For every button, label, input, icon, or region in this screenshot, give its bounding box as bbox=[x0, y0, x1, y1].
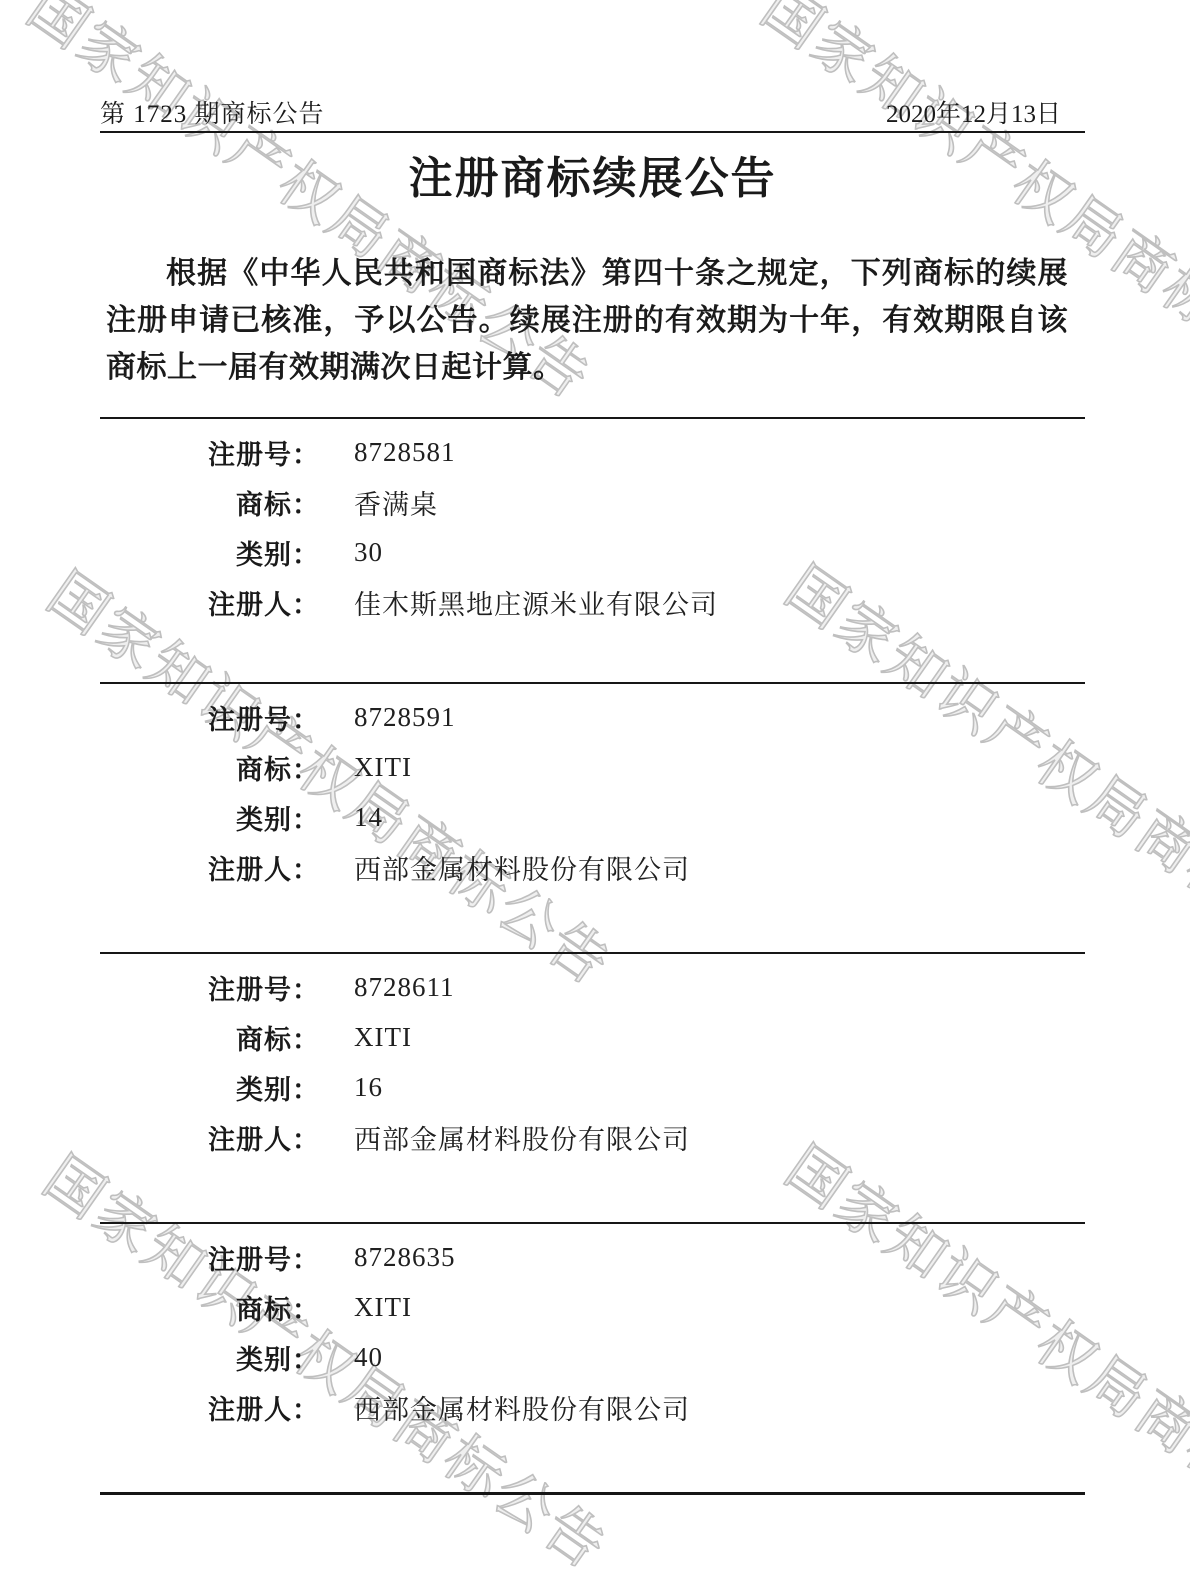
trademark-value: 香满桌 bbox=[320, 483, 438, 522]
record-row-trademark: 商标： XITI bbox=[100, 742, 1085, 792]
registrant-label: 注册人： bbox=[100, 848, 320, 887]
reg-no-value: 8728591 bbox=[320, 702, 456, 733]
trademark-label: 商标： bbox=[100, 748, 320, 787]
record-row-trademark: 商标： 香满桌 bbox=[100, 477, 1085, 527]
trademark-label: 商标： bbox=[100, 483, 320, 522]
header-divider bbox=[100, 131, 1085, 133]
reg-no-label: 注册号： bbox=[100, 1238, 320, 1277]
registrant-value: 西部金属材料股份有限公司 bbox=[320, 848, 690, 887]
trademark-value: XITI bbox=[320, 1292, 412, 1323]
record-row-category: 类别： 16 bbox=[100, 1062, 1085, 1112]
registrant-value: 西部金属材料股份有限公司 bbox=[320, 1388, 690, 1427]
trademark-label: 商标： bbox=[100, 1288, 320, 1327]
record-row-registrant: 注册人： 西部金属材料股份有限公司 bbox=[100, 1382, 1085, 1432]
trademark-record: 注册号： 8728591 商标： XITI 类别： 14 注册人： 西部金属材料… bbox=[100, 682, 1085, 892]
document-content: 第 1723 期商标公告 2020年12月13日 注册商标续展公告 根据《中华人… bbox=[0, 0, 1190, 1596]
record-row-reg-no: 注册号： 8728591 bbox=[100, 692, 1085, 742]
registrant-value: 佳木斯黑地庄源米业有限公司 bbox=[320, 583, 718, 622]
record-row-category: 类别： 14 bbox=[100, 792, 1085, 842]
trademark-value: XITI bbox=[320, 752, 412, 783]
record-row-reg-no: 注册号： 8728635 bbox=[100, 1232, 1085, 1282]
category-value: 40 bbox=[320, 1342, 383, 1373]
category-label: 类别： bbox=[100, 798, 320, 837]
record-row-registrant: 注册人： 西部金属材料股份有限公司 bbox=[100, 842, 1085, 892]
record-row-trademark: 商标： XITI bbox=[100, 1012, 1085, 1062]
gazette-date: 2020年12月13日 bbox=[886, 94, 1085, 130]
category-value: 16 bbox=[320, 1072, 383, 1103]
trademark-record: 注册号： 8728581 商标： 香满桌 类别： 30 注册人： 佳木斯黑地庄源… bbox=[100, 417, 1085, 627]
page-title: 注册商标续展公告 bbox=[100, 142, 1085, 206]
reg-no-value: 8728581 bbox=[320, 437, 456, 468]
reg-no-value: 8728611 bbox=[320, 972, 455, 1003]
trademark-record: 注册号： 8728635 商标： XITI 类别： 40 注册人： 西部金属材料… bbox=[100, 1222, 1085, 1432]
category-label: 类别： bbox=[100, 533, 320, 572]
category-label: 类别： bbox=[100, 1338, 320, 1377]
record-row-category: 类别： 40 bbox=[100, 1332, 1085, 1382]
category-value: 30 bbox=[320, 537, 383, 568]
record-row-registrant: 注册人： 西部金属材料股份有限公司 bbox=[100, 1112, 1085, 1162]
bottom-divider bbox=[100, 1492, 1085, 1495]
reg-no-label: 注册号： bbox=[100, 433, 320, 472]
trademark-label: 商标： bbox=[100, 1018, 320, 1057]
registrant-label: 注册人： bbox=[100, 583, 320, 622]
category-label: 类别： bbox=[100, 1068, 320, 1107]
intro-paragraph: 根据《中华人民共和国商标法》第四十条之规定，下列商标的续展注册申请已核准，予以公… bbox=[106, 250, 1068, 391]
record-row-trademark: 商标： XITI bbox=[100, 1282, 1085, 1332]
announcement-page: 国家知识产权局商标公告 国家知识产权局商标公告 国家知识产权局商标公告 国家知识… bbox=[0, 0, 1190, 1596]
reg-no-label: 注册号： bbox=[100, 698, 320, 737]
reg-no-value: 8728635 bbox=[320, 1242, 456, 1273]
record-row-reg-no: 注册号： 8728611 bbox=[100, 962, 1085, 1012]
record-row-reg-no: 注册号： 8728581 bbox=[100, 427, 1085, 477]
gazette-issue-number: 第 1723 期商标公告 bbox=[100, 94, 325, 130]
category-value: 14 bbox=[320, 802, 383, 833]
trademark-record: 注册号： 8728611 商标： XITI 类别： 16 注册人： 西部金属材料… bbox=[100, 952, 1085, 1162]
registrant-label: 注册人： bbox=[100, 1388, 320, 1427]
record-row-category: 类别： 30 bbox=[100, 527, 1085, 577]
trademark-value: XITI bbox=[320, 1022, 412, 1053]
registrant-value: 西部金属材料股份有限公司 bbox=[320, 1118, 690, 1157]
registrant-label: 注册人： bbox=[100, 1118, 320, 1157]
document-header: 第 1723 期商标公告 2020年12月13日 bbox=[100, 94, 1085, 130]
record-row-registrant: 注册人： 佳木斯黑地庄源米业有限公司 bbox=[100, 577, 1085, 627]
reg-no-label: 注册号： bbox=[100, 968, 320, 1007]
